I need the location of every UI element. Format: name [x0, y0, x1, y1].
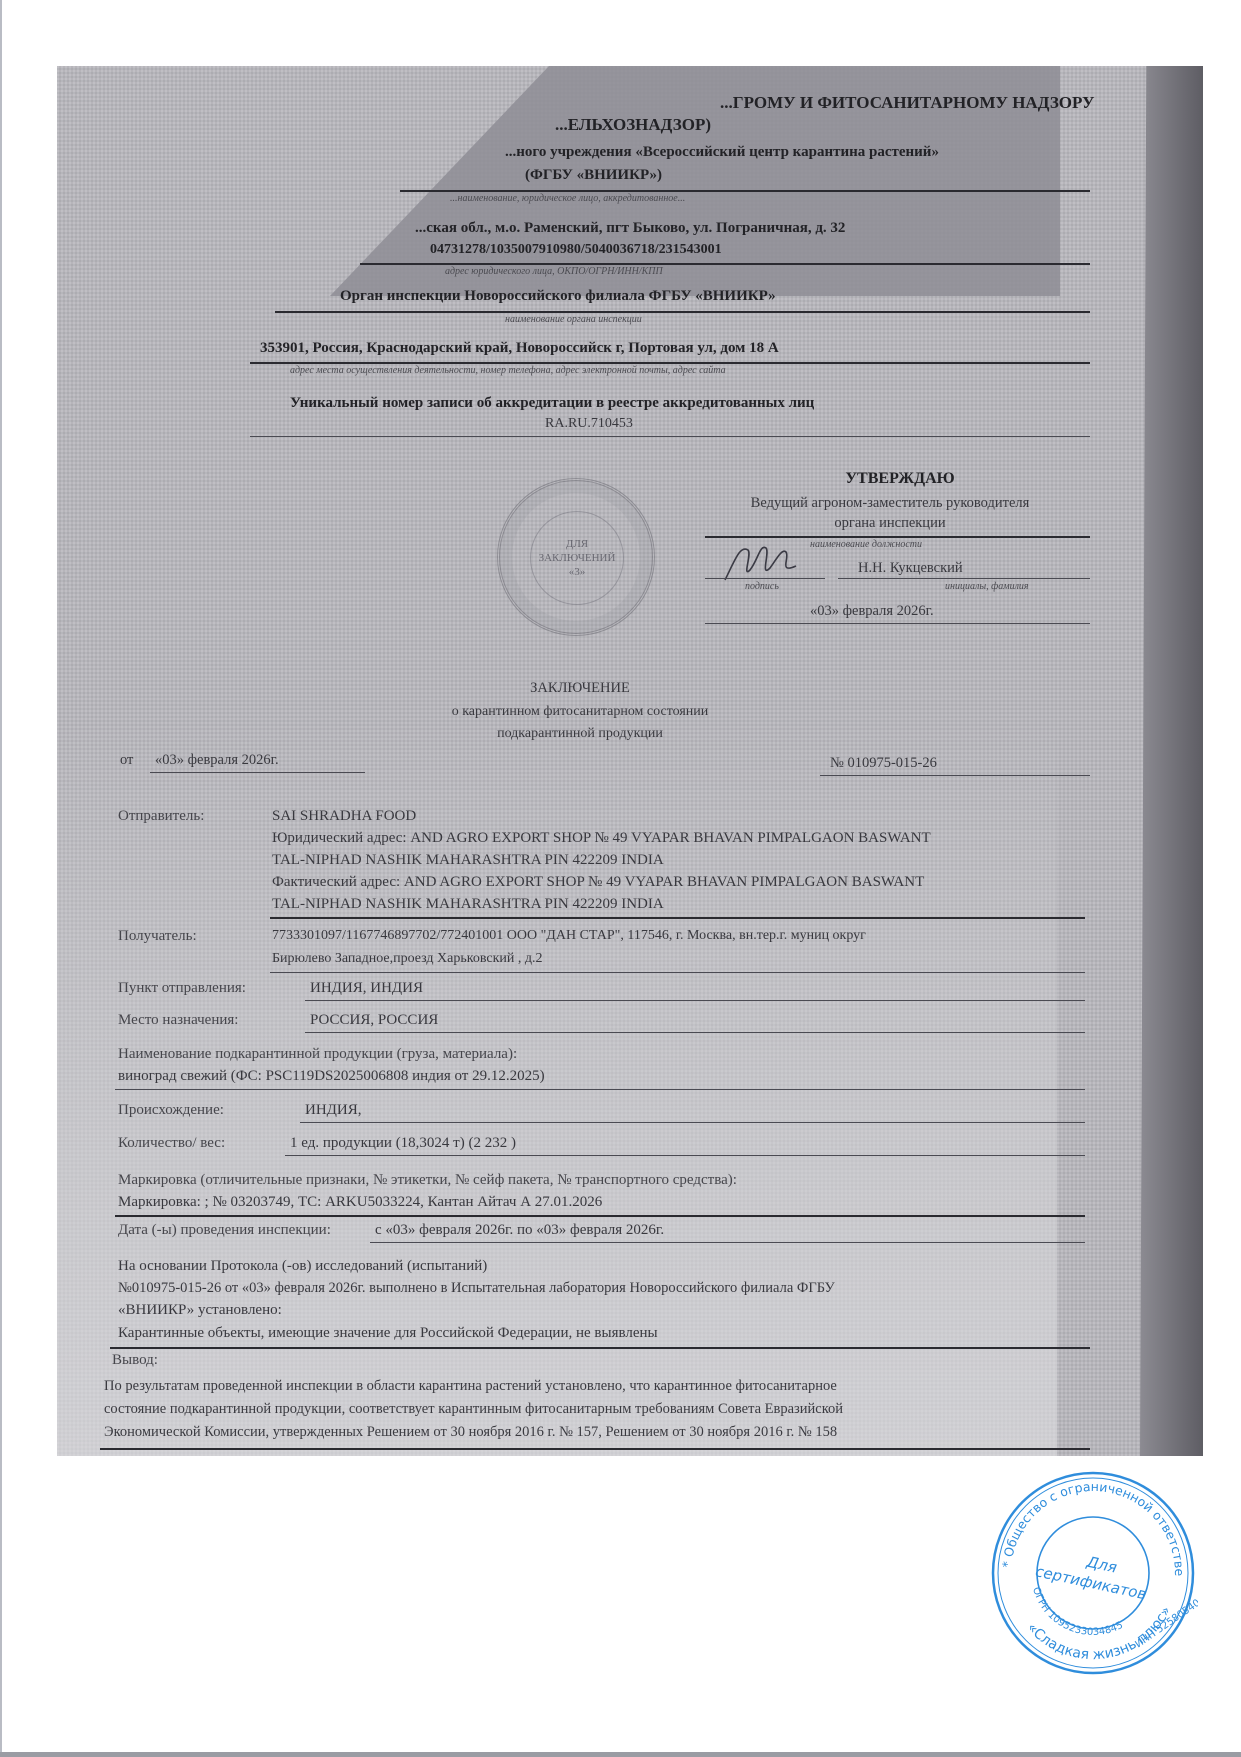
product-rule — [115, 1089, 1085, 1090]
document-subtitle-2: подкарантинной продукции — [300, 726, 860, 742]
header-rule-1 — [400, 190, 1090, 192]
institution-line: ...ного учреждения «Всероссийский центр … — [505, 144, 939, 161]
name-caption: инициалы, фамилия — [945, 581, 1029, 592]
protocol-rule — [110, 1347, 1090, 1349]
institution-short: (ФГБУ «ВНИИКР») — [525, 167, 662, 184]
sender-label: Отправитель: — [118, 808, 204, 825]
approval-title: УТВЕРЖДАЮ — [710, 470, 1090, 488]
inspection-body-caption: наименование органа инспекции — [505, 314, 642, 325]
seal-line3: «3» — [569, 565, 586, 579]
protocol-line-3: «ВНИИКР» установлено: — [118, 1302, 282, 1319]
marking-rule — [115, 1215, 1085, 1217]
product-value: виноград свежий (ФС: PSC119DS2025006808 … — [118, 1068, 545, 1085]
protocol-line-1: На основании Протокола (-ов) исследовани… — [118, 1258, 487, 1275]
address-line: ...ская обл., м.о. Раменский, пгт Быково… — [415, 220, 845, 237]
approval-position-2: органа инспекции — [690, 515, 1090, 532]
sender-rule — [270, 917, 1085, 919]
inspection-dates-label: Дата (-ы) проведения инспекции: — [118, 1222, 331, 1239]
conclusion-line-1: По результатам проведенной инспекции в о… — [104, 1375, 837, 1398]
quantity-rule — [285, 1155, 1085, 1156]
origin-value: ИНДИЯ, — [305, 1102, 361, 1119]
seal-line2: ЗАКЛЮЧЕНИЙ — [539, 551, 616, 565]
product-label: Наименование подкарантинной продукции (г… — [118, 1046, 517, 1063]
header-rule-4 — [250, 362, 1090, 364]
quantity-value: 1 ед. продукции (18,3024 т) (2 232 ) — [290, 1135, 516, 1152]
official-seal: ДЛЯ ЗАКЛЮЧЕНИЙ «3» — [497, 478, 655, 636]
recipient-line-2: Бирюлево Западное,проезд Харьковский , д… — [272, 951, 543, 967]
marking-value: Маркировка: ; № 03203749, ТС: ARKU503322… — [118, 1194, 602, 1211]
quantity-label: Количество/ вес: — [118, 1135, 225, 1152]
approval-position-1: Ведущий агроном-заместитель руководителя — [690, 495, 1090, 512]
header-rule-3 — [275, 311, 1090, 313]
origin-label: Происхождение: — [118, 1102, 224, 1119]
inspection-body: Орган инспекции Новороссийского филиала … — [340, 288, 776, 305]
sender-actual-2: TAL-NIPHAD NASHIK MAHARASHTRA PIN 422209… — [272, 896, 664, 913]
document-subtitle-1: о карантинном фитосанитарном состоянии — [300, 704, 860, 720]
name-rule — [838, 578, 1090, 579]
sender-name: SAI SHRADHA FOOD — [272, 808, 416, 825]
approval-position-caption: наименование должности — [810, 539, 922, 550]
conclusion-line-3: Экономической Комиссии, утвержденных Реш… — [104, 1421, 837, 1444]
date-prefix: от — [120, 752, 133, 769]
marking-label: Маркировка (отличительные признаки, № эт… — [118, 1172, 737, 1189]
seal-line1: ДЛЯ — [566, 537, 588, 551]
agency-line: ...ЕЛЬХОЗНАДЗОР) — [555, 115, 711, 135]
document-number: № 010975-015-26 — [830, 755, 937, 772]
departure-value: ИНДИЯ, ИНДИЯ — [310, 980, 423, 997]
scan-left-edge — [0, 0, 2, 1757]
company-stamp-icon: * Общество с ограниченной ответственност… — [988, 1468, 1198, 1678]
sender-legal-1: Юридический адрес: AND AGRO EXPORT SHOP … — [272, 830, 931, 847]
ministry-line: ...ГРОМУ И ФИТОСАНИТАРНОМУ НАДЗОРУ — [720, 93, 1094, 113]
signature-rule — [705, 578, 825, 579]
ids-caption: адрес юридического лица, ОКПО/ОГРН/ИНН/К… — [445, 266, 663, 277]
protocol-result: Карантинные объекты, имеющие значение дл… — [118, 1325, 658, 1342]
recipient-line-1: 7733301097/1167746897702/772401001 ООО "… — [272, 928, 866, 944]
approval-date-rule — [705, 623, 1090, 624]
header-rule-2 — [360, 263, 1090, 265]
date-rule — [150, 772, 365, 773]
institution-caption: ...наименование, юридическое лицо, аккре… — [450, 193, 685, 204]
conclusion-line-2: состояние подкарантинной продукции, соот… — [104, 1398, 843, 1421]
departure-label: Пункт отправления: — [118, 980, 246, 997]
inspection-dates-rule — [370, 1242, 1085, 1243]
page-right-shadow — [1140, 66, 1203, 1456]
departure-rule — [305, 1000, 1085, 1001]
destination-value: РОССИЯ, РОССИЯ — [310, 1012, 438, 1029]
inspection-address: 353901, Россия, Краснодарский край, Ново… — [260, 340, 779, 357]
header-rule-5 — [250, 436, 1090, 437]
scan-bottom-edge — [0, 1752, 1241, 1757]
approver-name: Н.Н. Кукцевский — [858, 560, 963, 577]
signature-caption: подпись — [745, 581, 779, 592]
approval-date: «03» февраля 2026г. — [810, 603, 934, 620]
inspection-dates-value: с «03» февраля 2026г. по «03» февраля 20… — [375, 1222, 664, 1239]
inspection-address-caption: адрес места осуществления деятельности, … — [290, 365, 726, 376]
approval-rule-1 — [705, 536, 1090, 538]
recipient-label: Получатель: — [118, 928, 197, 945]
accreditation-number: RA.RU.710453 — [545, 416, 633, 432]
conclusion-rule — [100, 1448, 1090, 1450]
origin-rule — [300, 1122, 1085, 1123]
sender-actual-1: Фактический адрес: AND AGRO EXPORT SHOP … — [272, 874, 924, 891]
conclusion-label: Вывод: — [112, 1352, 158, 1369]
destination-label: Место назначения: — [118, 1012, 238, 1029]
recipient-rule — [270, 972, 1085, 973]
ids-line: 04731278/1035007910980/5040036718/231543… — [430, 242, 722, 258]
number-rule — [820, 775, 1090, 776]
sender-legal-2: TAL-NIPHAD NASHIK MAHARASHTRA PIN 422209… — [272, 852, 664, 869]
document-title: ЗАКЛЮЧЕНИЕ — [300, 680, 860, 697]
protocol-line-2: №010975-015-26 от «03» февраля 2026г. вы… — [118, 1280, 835, 1297]
document-date: «03» февраля 2026г. — [155, 752, 279, 769]
destination-rule — [305, 1032, 1085, 1033]
accreditation-title: Уникальный номер записи об аккредитации … — [290, 395, 814, 412]
